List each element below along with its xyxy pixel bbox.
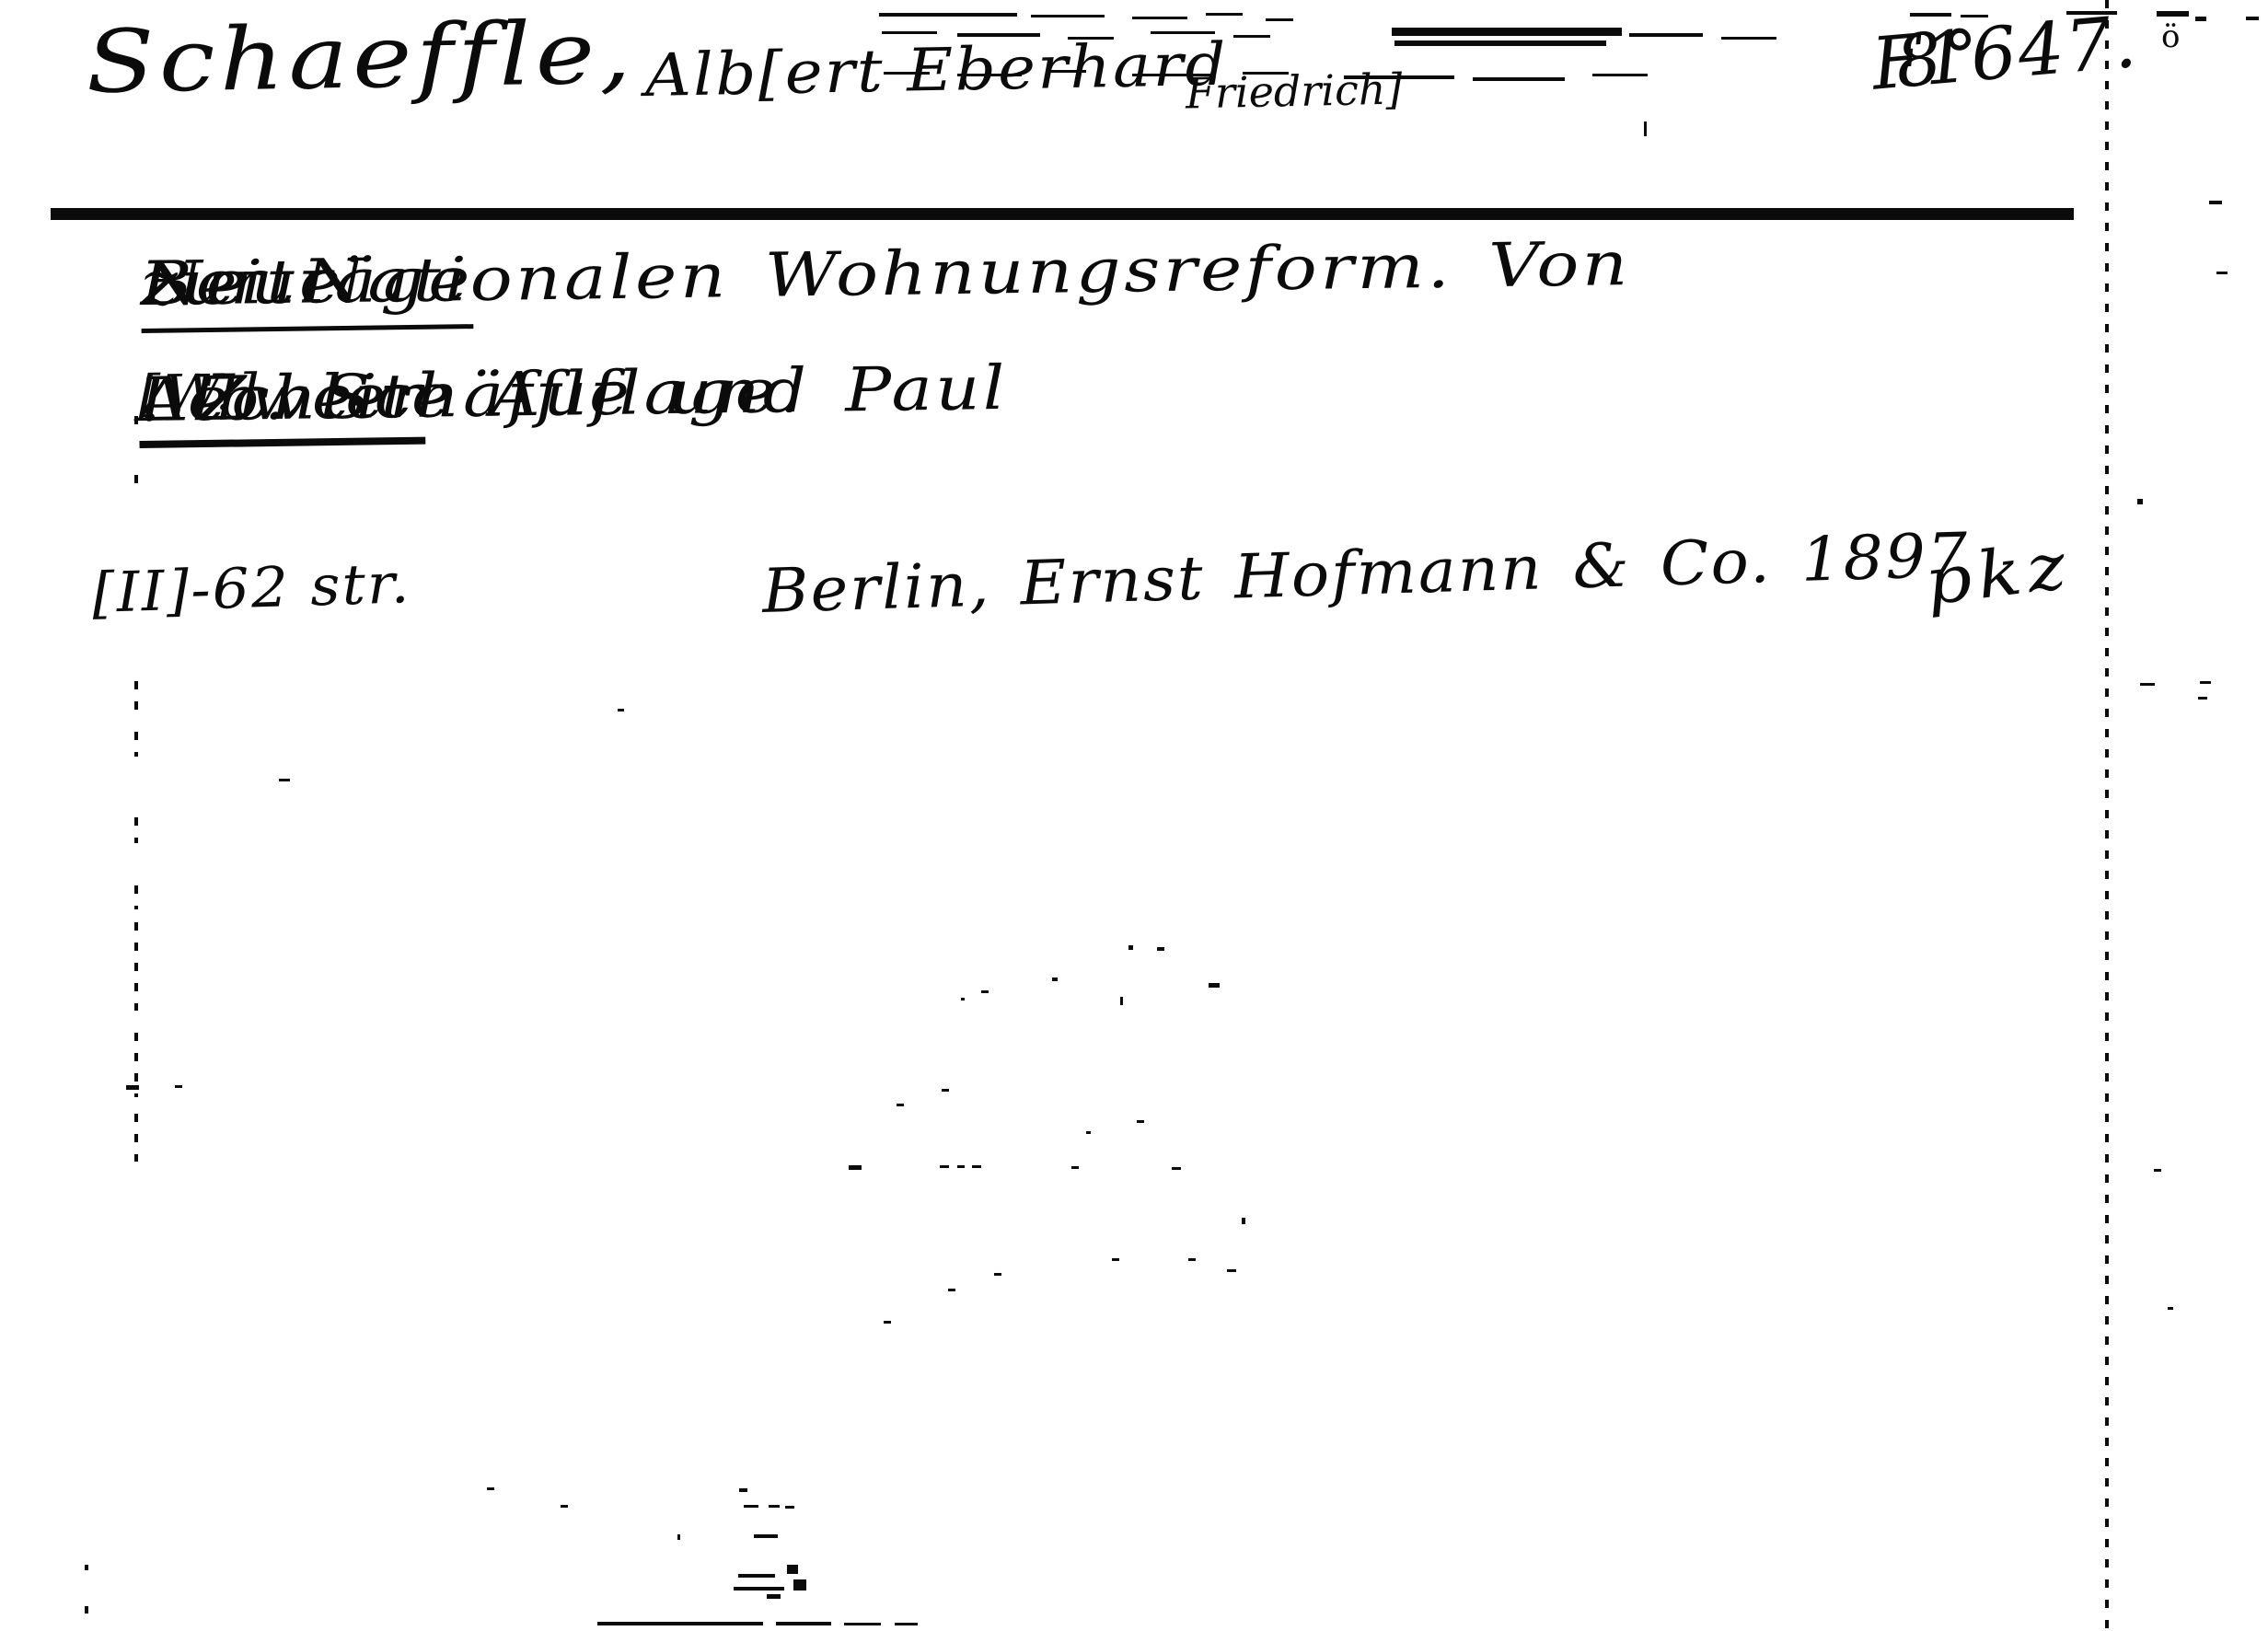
scan-speck bbox=[1068, 37, 1114, 40]
dotted-rule-left bbox=[134, 1033, 138, 1097]
scan-speck bbox=[739, 1488, 747, 1492]
scan-speck bbox=[618, 709, 624, 711]
scan-speck bbox=[1629, 33, 1703, 37]
scan-speck bbox=[2216, 272, 2227, 274]
scan-speck bbox=[972, 1165, 981, 1168]
scan-speck bbox=[1961, 15, 1988, 17]
scan-speck bbox=[957, 33, 1040, 37]
scan-speck bbox=[1052, 977, 1058, 981]
scan-speck bbox=[1209, 983, 1220, 988]
scan-speck bbox=[1137, 1120, 1144, 1123]
scan-speck bbox=[1721, 37, 1776, 40]
scan-speck bbox=[754, 1534, 778, 1538]
scan-speck bbox=[1392, 28, 1622, 36]
scan-speck bbox=[561, 1505, 568, 1508]
scan-speck bbox=[1120, 997, 1123, 1005]
scan-artifact-layer bbox=[0, 0, 2268, 1631]
scan-speck bbox=[1242, 1218, 1245, 1224]
scan-speck bbox=[769, 1505, 780, 1508]
dotted-rule-left bbox=[134, 475, 138, 484]
scan-speck bbox=[1206, 13, 1243, 16]
scan-speck bbox=[2140, 683, 2155, 686]
scan-speck bbox=[882, 31, 937, 34]
dotted-rule-left bbox=[134, 732, 138, 757]
scan-speck bbox=[2066, 11, 2117, 15]
scan-speck bbox=[2246, 17, 2259, 20]
scan-speck bbox=[1473, 77, 1565, 81]
scan-speck bbox=[1910, 13, 1951, 17]
scan-speck bbox=[767, 1594, 781, 1599]
scan-speck bbox=[1151, 31, 1215, 34]
scan-speck bbox=[1344, 75, 1454, 79]
scan-speck bbox=[2200, 681, 2211, 684]
scan-speck bbox=[738, 1574, 775, 1578]
dotted-rule-left bbox=[134, 922, 138, 1011]
scan-speck bbox=[2168, 1307, 2173, 1310]
scan-speck bbox=[884, 72, 930, 75]
scan-speck bbox=[175, 1085, 182, 1088]
scan-speck bbox=[1243, 72, 1289, 75]
scan-speck bbox=[1172, 1167, 1181, 1170]
scan-speck bbox=[957, 1165, 965, 1168]
scan-speck bbox=[787, 1565, 798, 1574]
scan-speck bbox=[1086, 1131, 1091, 1134]
scan-speck bbox=[85, 1565, 88, 1570]
scan-speck bbox=[897, 1104, 904, 1106]
scan-speck bbox=[884, 1321, 891, 1324]
catalog-card: Schaeffle, Alb[ert Eberhard Friedrich] F… bbox=[0, 0, 2268, 1631]
scan-speck bbox=[1188, 1258, 1196, 1261]
scan-speck bbox=[1071, 1166, 1079, 1169]
scan-speck bbox=[1031, 15, 1105, 17]
scan-speck bbox=[961, 998, 965, 1001]
scan-speck bbox=[1592, 74, 1648, 76]
scan-speck bbox=[2154, 1169, 2161, 1172]
scan-speck bbox=[744, 1505, 758, 1508]
scan-speck bbox=[981, 990, 989, 993]
dotted-rule-right bbox=[2105, 0, 2109, 1631]
scan-speck bbox=[2209, 201, 2222, 204]
scan-speck bbox=[879, 13, 1017, 17]
scan-speck bbox=[1644, 121, 1647, 136]
scan-speck bbox=[776, 1622, 831, 1625]
dotted-rule-left bbox=[134, 681, 138, 713]
dotted-rule-left bbox=[134, 885, 138, 909]
scan-speck bbox=[1132, 17, 1187, 19]
scan-speck bbox=[1157, 947, 1164, 951]
scan-speck bbox=[849, 1165, 862, 1170]
scan-speck bbox=[1049, 70, 1086, 73]
scan-speck bbox=[1233, 35, 1270, 38]
scan-speck bbox=[1112, 1258, 1119, 1261]
scan-speck bbox=[2198, 697, 2207, 700]
scan-speck bbox=[2137, 499, 2143, 504]
scan-speck bbox=[1266, 18, 1293, 21]
scan-speck bbox=[487, 1487, 494, 1490]
scan-speck bbox=[895, 1623, 918, 1625]
scan-speck bbox=[85, 1606, 88, 1614]
scan-speck bbox=[1128, 945, 1133, 950]
scan-speck bbox=[2157, 11, 2189, 17]
scan-speck bbox=[793, 1579, 806, 1591]
scan-speck bbox=[279, 779, 290, 781]
dotted-rule-left bbox=[134, 817, 138, 843]
scan-speck bbox=[597, 1622, 763, 1625]
scan-speck bbox=[1227, 1269, 1236, 1272]
scan-speck bbox=[948, 1289, 955, 1291]
dotted-rule-left bbox=[134, 416, 138, 425]
scan-speck bbox=[1132, 74, 1215, 76]
scan-speck bbox=[844, 1623, 881, 1625]
scan-speck bbox=[940, 1165, 949, 1168]
scan-speck bbox=[785, 1506, 794, 1509]
scan-speck bbox=[2195, 17, 2206, 21]
scan-speck bbox=[734, 1587, 784, 1591]
scan-speck bbox=[1394, 40, 1606, 46]
dotted-rule-left bbox=[134, 1114, 138, 1162]
scan-speck bbox=[994, 1273, 1001, 1276]
scan-speck bbox=[957, 74, 1022, 76]
scan-speck bbox=[942, 1089, 949, 1092]
scan-speck bbox=[677, 1534, 680, 1540]
